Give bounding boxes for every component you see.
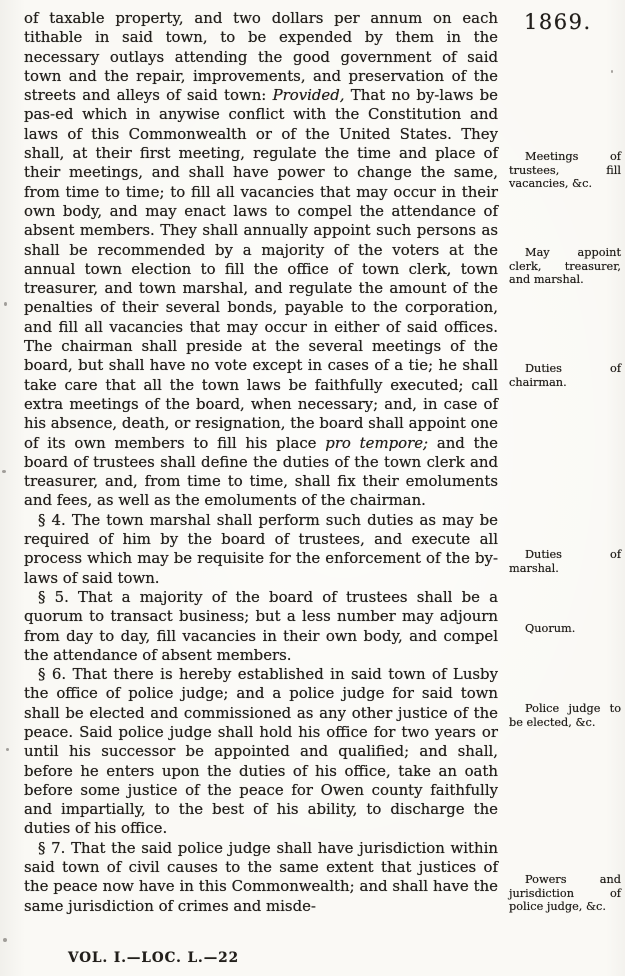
paragraph-section-6: § 6. That there is hereby established in… (24, 665, 498, 839)
text-run-italic-provided: Provided, (273, 86, 345, 104)
margin-note-powers-jurisdiction: Powers and jurisdiction of police judge,… (509, 873, 621, 914)
scan-speck (3, 938, 7, 942)
margin-note-duties-of-marshal: Duties of marshal. (509, 548, 621, 575)
volume-footer: VOL. I.—LOC. L.—22 (68, 950, 239, 966)
margin-note-duties-of-chairman: Duties of chairman. (509, 362, 621, 389)
margin-note-may-appoint-clerk: May appoint clerk, treasurer, and marsha… (509, 246, 621, 287)
scan-speck (6, 748, 9, 751)
scanned-statute-page: 1869. of taxable property, and two dolla… (0, 0, 625, 976)
paragraph-section-4: § 4. The town marshal shall perform such… (24, 511, 498, 588)
statute-text-column: of taxable property, and two dollars per… (24, 9, 498, 916)
scan-speck (2, 470, 6, 473)
scan-speck (611, 70, 613, 73)
paragraph-section-7: § 7. That the said police judge shall ha… (24, 839, 498, 916)
text-run-italic-pro-tempore: pro tempore; (325, 434, 428, 452)
text-run: That no by-laws be pas-ed which in anywi… (24, 86, 498, 451)
paragraph-continuation: of taxable property, and two dollars per… (24, 9, 498, 511)
margin-note-quorum: Quorum. (509, 622, 621, 636)
paragraph-section-5: § 5. That a majority of the board of tru… (24, 588, 498, 665)
scan-speck (4, 302, 7, 306)
page-year-header: 1869. (524, 10, 592, 34)
margin-note-police-judge-elected: Police judge to be elected, &c. (509, 702, 621, 729)
margin-note-meetings-of-trustees: Meetings of trustees, fill vacancies, &c… (509, 150, 621, 191)
